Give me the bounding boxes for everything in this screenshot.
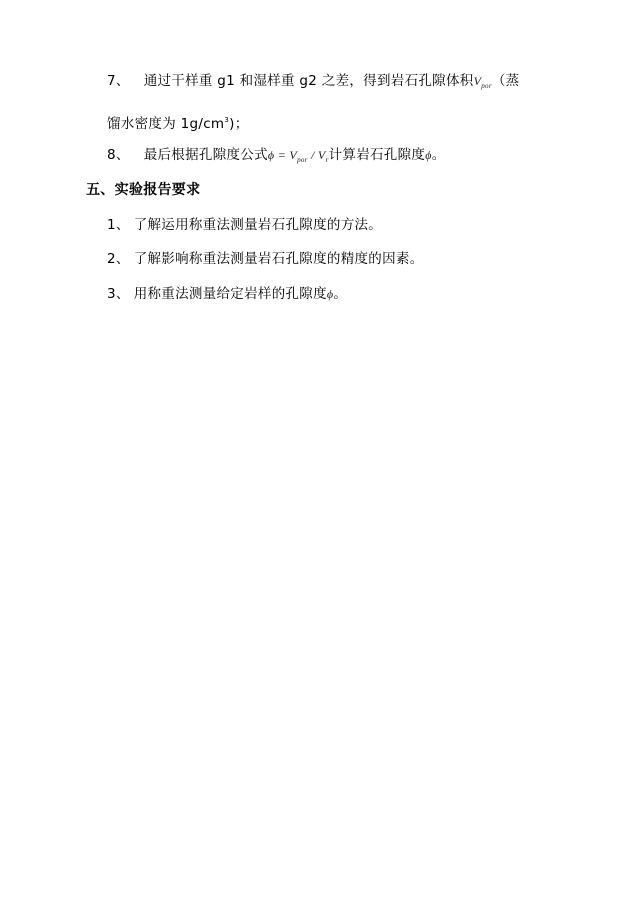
step-number: 7、 [107,73,130,89]
step-text-tail: 计算岩石孔隙度 [329,147,426,163]
pore-volume-symbol: Vpor [474,74,492,88]
document-page: 7、通过干样重 g1 和湿样重 g2 之差，得到岩石孔隙体积Vpor（蒸 馏水密… [0,0,623,903]
step-continuation: 馏水密度为 1g/cm [107,116,224,132]
item-text: 用称重法测量给定岩样的孔隙度 [134,286,327,302]
item-number: 2、 [107,251,130,267]
requirement-item-2: 2、了解影响称重法测量岩石孔隙度的精度的因素。 [107,250,424,268]
step-continuation-end: )； [229,116,248,132]
requirement-item-3: 3、用称重法测量给定岩样的孔隙度ϕ。 [107,285,347,303]
item-text: 了解运用称重法测量岩石孔隙度的方法。 [134,217,382,233]
step-7-line-2: 馏水密度为 1g/cm3)； [107,111,249,133]
item-number: 3、 [107,286,130,302]
section-heading: 五、实验报告要求 [86,181,200,199]
requirement-item-1: 1、了解运用称重法测量岩石孔隙度的方法。 [107,216,382,234]
item-text: 了解影响称重法测量岩石孔隙度的精度的因素。 [134,251,424,267]
step-7-line-1: 7、通过干样重 g1 和湿样重 g2 之差，得到岩石孔隙体积Vpor（蒸 [107,72,519,95]
period: 。 [333,286,347,302]
step-text: 最后根据孔隙度公式 [144,147,268,163]
step-number: 8、 [107,147,130,163]
item-number: 1、 [107,217,130,233]
porosity-formula: ϕ = Vpor / Vr [268,148,329,162]
step-8-line: 8、最后根据孔隙度公式ϕ = Vpor / Vr计算岩石孔隙度ϕ。 [107,146,446,169]
step-text: 通过干样重 g1 和湿样重 g2 之差，得到岩石孔隙体积 [144,73,474,89]
step-text-tail: （蒸 [492,73,520,89]
period: 。 [432,147,446,163]
